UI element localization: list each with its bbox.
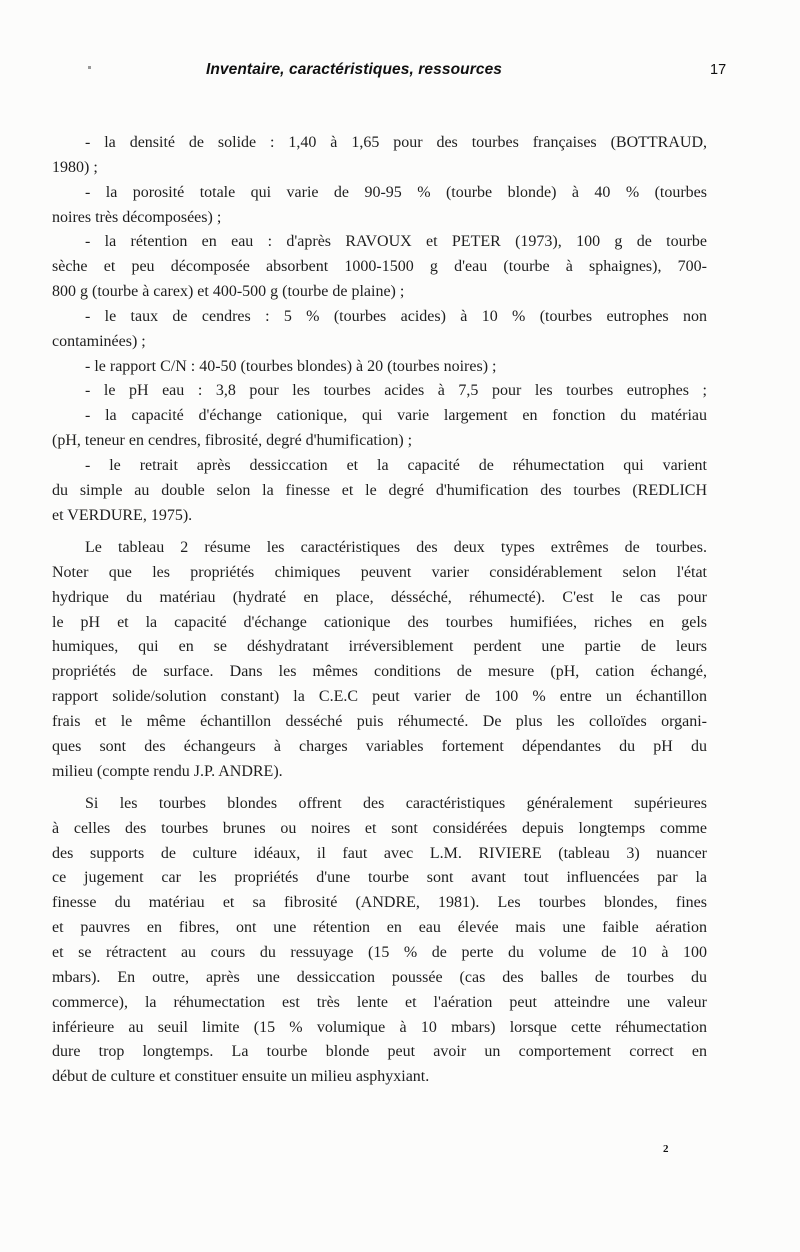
- text-line: à celles des tourbes brunes ou noires et…: [52, 817, 707, 842]
- text-line: - le retrait après dessiccation et la ca…: [52, 454, 707, 479]
- text-line: Si les tourbes blondes offrent des carac…: [52, 792, 707, 817]
- text-line: et se rétractent au cours du ressuyage (…: [52, 941, 707, 966]
- text-line: Le tableau 2 résume les caractéristiques…: [52, 536, 707, 561]
- text-line: Noter que les propriétés chimiques peuve…: [52, 561, 707, 586]
- text-line: (pH, teneur en cendres, fibrosité, degré…: [52, 429, 707, 454]
- body-text: - la densité de solide : 1,40 à 1,65 pou…: [52, 131, 707, 1090]
- text-line: - la rétention en eau : d'après RAVOUX e…: [52, 230, 707, 255]
- text-line: - la porosité totale qui varie de 90-95 …: [52, 181, 707, 206]
- text-line: le pH et la capacité d'échange cationiqu…: [52, 611, 707, 636]
- text-line: mbars). En outre, après une dessiccation…: [52, 966, 707, 991]
- text-line: - le pH eau : 3,8 pour les tourbes acide…: [52, 379, 707, 404]
- text-line: humiques, qui en se déshydratant irréver…: [52, 635, 707, 660]
- page-number: 17: [710, 62, 726, 78]
- text-line: ques sont des échangeurs à charges varia…: [52, 735, 707, 760]
- text-line: propriétés de surface. Dans les mêmes co…: [52, 660, 707, 685]
- running-header-title: Inventaire, caractéristiques, ressources: [0, 61, 708, 79]
- text-line: noires très décomposées) ;: [52, 206, 707, 231]
- text-line: 800 g (tourbe à carex) et 400-500 g (tou…: [52, 280, 707, 305]
- text-line: - le taux de cendres : 5 % (tourbes acid…: [52, 305, 707, 330]
- text-line: et VERDURE, 1975).: [52, 504, 707, 529]
- text-line: - la densité de solide : 1,40 à 1,65 pou…: [52, 131, 707, 156]
- text-line: hydrique du matériau (hydraté en place, …: [52, 586, 707, 611]
- text-line: frais et le même échantillon desséché pu…: [52, 710, 707, 735]
- text-line: - la capacité d'échange cationique, qui …: [52, 404, 707, 429]
- document-page: Inventaire, caractéristiques, ressources…: [0, 0, 800, 1252]
- text-line: ce jugement car les propriétés d'une tou…: [52, 866, 707, 891]
- text-line: - le rapport C/N : 40-50 (tourbes blonde…: [52, 355, 707, 380]
- text-line: inférieure au seuil limite (15 % volumiq…: [52, 1016, 707, 1041]
- text-line: rapport solide/solution constant) la C.E…: [52, 685, 707, 710]
- text-line: début de culture et constituer ensuite u…: [52, 1065, 707, 1090]
- text-line: des supports de culture idéaux, il faut …: [52, 842, 707, 867]
- signature-mark: 2: [663, 1143, 669, 1155]
- text-line: 1980) ;: [52, 156, 707, 181]
- text-line: contaminées) ;: [52, 330, 707, 355]
- text-line: dure trop longtemps. La tourbe blonde pe…: [52, 1040, 707, 1065]
- text-line: finesse du matériau et sa fibrosité (AND…: [52, 891, 707, 916]
- text-line: et pauvres en fibres, ont une rétention …: [52, 916, 707, 941]
- text-line: sèche et peu décomposée absorbent 1000-1…: [52, 255, 707, 280]
- text-line: commerce), la réhumectation est très len…: [52, 991, 707, 1016]
- text-line: du simple au double selon la finesse et …: [52, 479, 707, 504]
- text-line: milieu (compte rendu J.P. ANDRE).: [52, 760, 707, 785]
